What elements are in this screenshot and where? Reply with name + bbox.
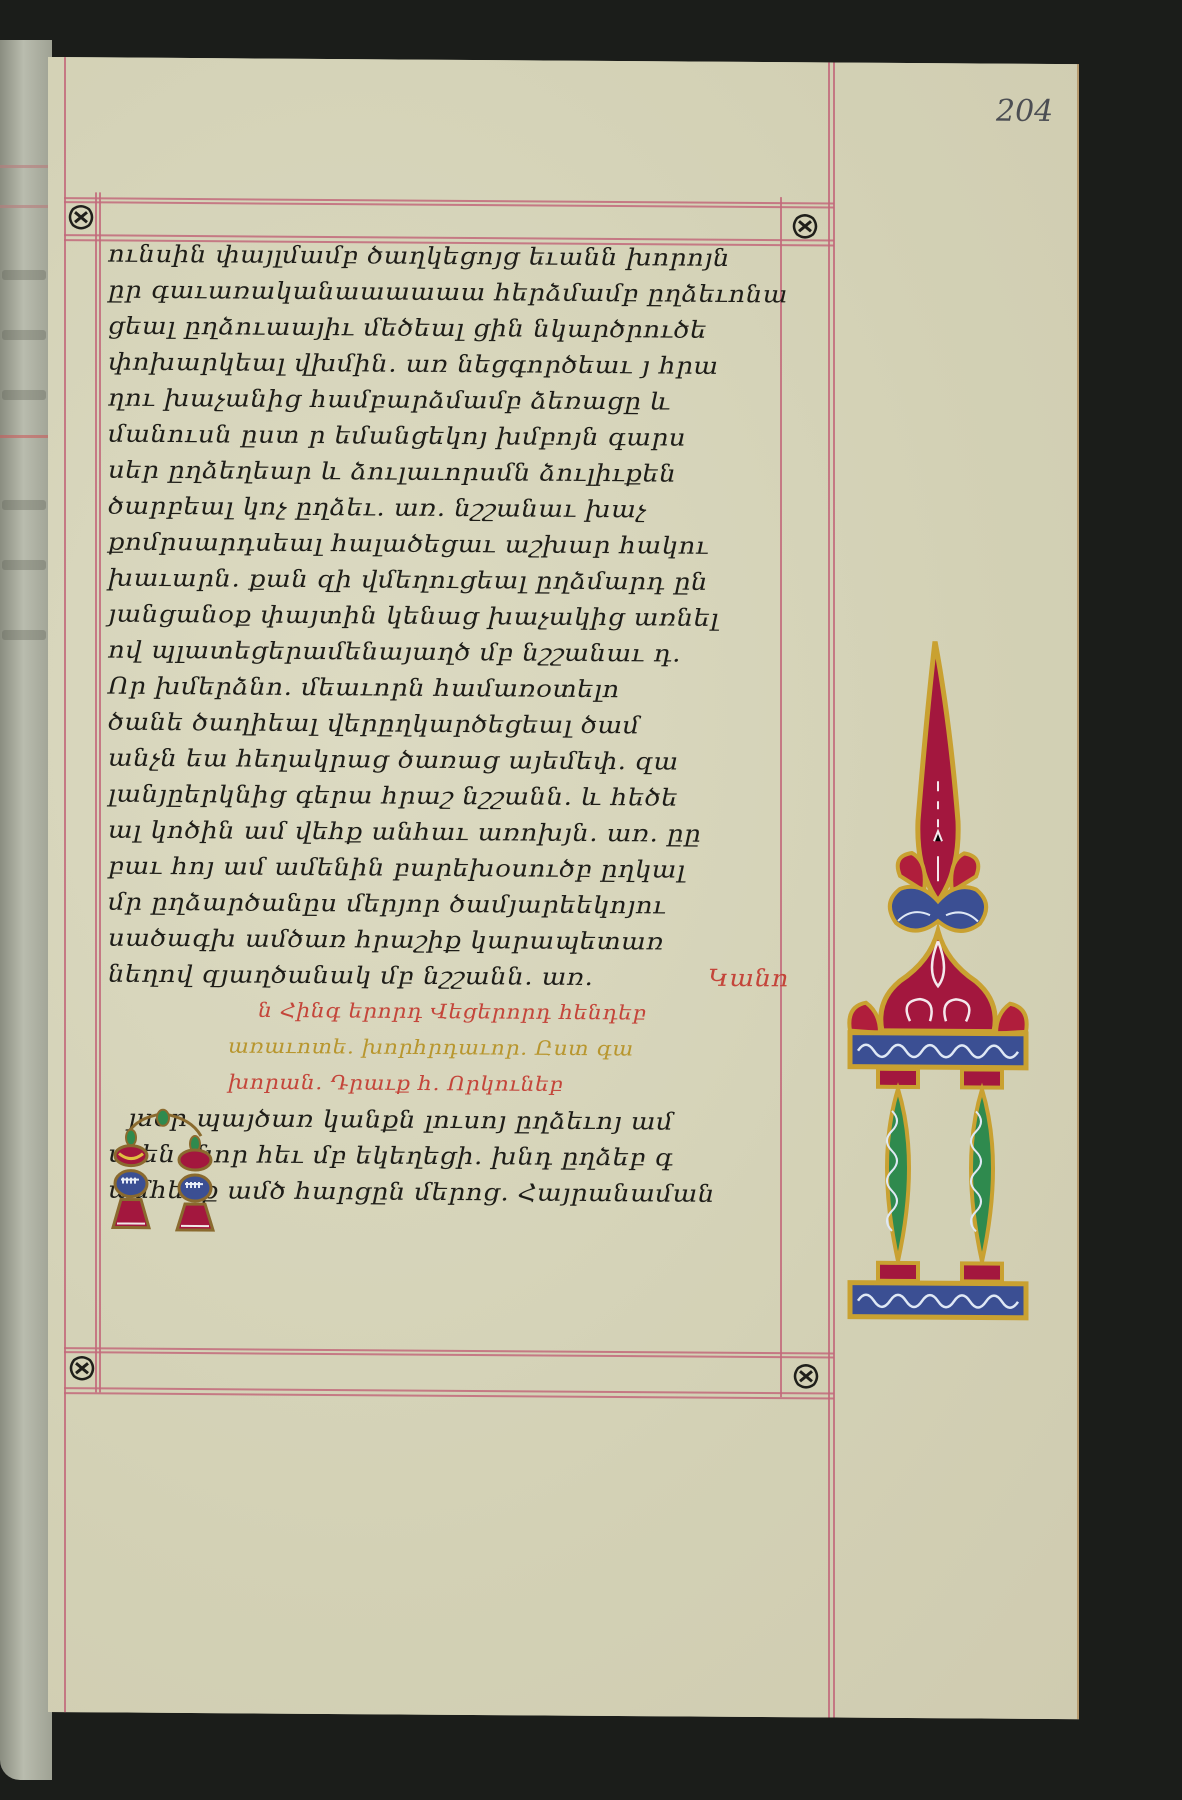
ruling-right-outer2 — [833, 62, 835, 1717]
text-line: նեղով զյաղծանակ մբ նշշանն. առ. — [108, 959, 593, 993]
text-line: խաւարն. քան զի վմեղուցեալ ըղձմարդ ըն — [108, 563, 708, 598]
previous-page-edge — [0, 40, 52, 1780]
text-line: ծարբեալ կոչ ըղձեւ. առ. նշշանաւ խաչ — [108, 491, 646, 525]
text-bleed — [2, 630, 46, 640]
ruling-left-inner2 — [99, 192, 101, 1392]
text-line: ալ կոծին ամ վեհք անհաւ առոխյն. առ. ըը — [108, 815, 701, 850]
text-line: սածագխ ամծառ հրաշիք կարապետառ — [108, 923, 664, 957]
illuminated-finial-ornament-icon — [840, 641, 1040, 1342]
text-line: ղու խաչանից համբարձմամբ ձեռացը և — [108, 383, 671, 418]
rubric-text-gold: առաւոտե. խորհրդաւոր. Ըստ գա — [228, 1032, 634, 1065]
text-line: մանուսն ըստ ր եմանցեկոյ խմբոյն գարս — [108, 419, 686, 454]
ruling-right-outer — [828, 62, 830, 1717]
ruling-left-inner — [95, 192, 97, 1392]
text-line: բաւ հոյ ամ ամենին բարեխօսուծբ ըղկալ — [108, 851, 685, 886]
rubric-text: խորան. Դրաւք հ. Որկունեբ — [228, 1068, 563, 1101]
ruling-bleed — [0, 205, 48, 208]
text-line: Որ խմերձնո. մեաւորն համառօտելո — [108, 671, 620, 705]
text-line: անչն եա հեղակրաց ծառաց այեմեփ. զա — [108, 743, 679, 778]
knot-icon — [67, 203, 95, 231]
text-line: մր ըղձարծանըս մերյոր ծամյարեեկոյու — [108, 887, 666, 921]
text-line: փոխարկեալ վխմին. առ նեցգործեաւ յ հրա — [108, 347, 719, 382]
ruling-left-outer — [64, 57, 66, 1712]
rubric-text: ն Հինգ երորդ Վեցերորդ հենդեբ — [258, 996, 647, 1029]
text-line: սեր ըղձեղեար և ձուլաւորսմն ձուլիւքեն — [108, 455, 676, 490]
twin-vases-ornament-icon — [105, 1105, 225, 1236]
text-bleed — [2, 330, 46, 340]
manuscript-page: 204 ունսին փ — [48, 57, 1079, 1719]
rubric-bleed — [0, 435, 48, 438]
text-line: ծանե ծաղիեալ վերըղկարծեցեալ ծամ — [108, 707, 640, 741]
text-line: ցեալ ըղձուաայիւ մեծեալ ցին նկարծրուծե — [108, 311, 707, 346]
text-bleed — [2, 500, 46, 510]
knot-icon — [791, 212, 819, 240]
text-bleed — [2, 270, 46, 280]
rubric-text: Կանո — [708, 963, 789, 994]
text-line: յանցանօք փայտին կենաց խաչակից առնել — [108, 599, 719, 634]
text-line: ըր գաւառականաաաաաա հերձմամբ ըղձեւոնա — [108, 275, 788, 310]
knot-icon — [792, 1362, 820, 1390]
text-line: ունսին փայլմամբ ծաղկեցոյց եւանն խորոյն — [108, 239, 730, 274]
knot-icon — [68, 1354, 96, 1382]
ruling-right-inner — [780, 197, 782, 1397]
ruling-bleed — [0, 165, 48, 168]
text-line: քոմրսարդսեալ հալածեցաւ աշխար հակու — [108, 527, 709, 562]
text-line: լանյըերկնից գերա հրաշ նշշանն. և հեծե — [108, 779, 678, 814]
text-line: ով պլատեցերամենայաղծ մբ նշշանաւ դ. — [108, 635, 681, 670]
text-bleed — [2, 560, 46, 570]
folio-number: 204 — [996, 94, 1053, 129]
text-bleed — [2, 390, 46, 400]
